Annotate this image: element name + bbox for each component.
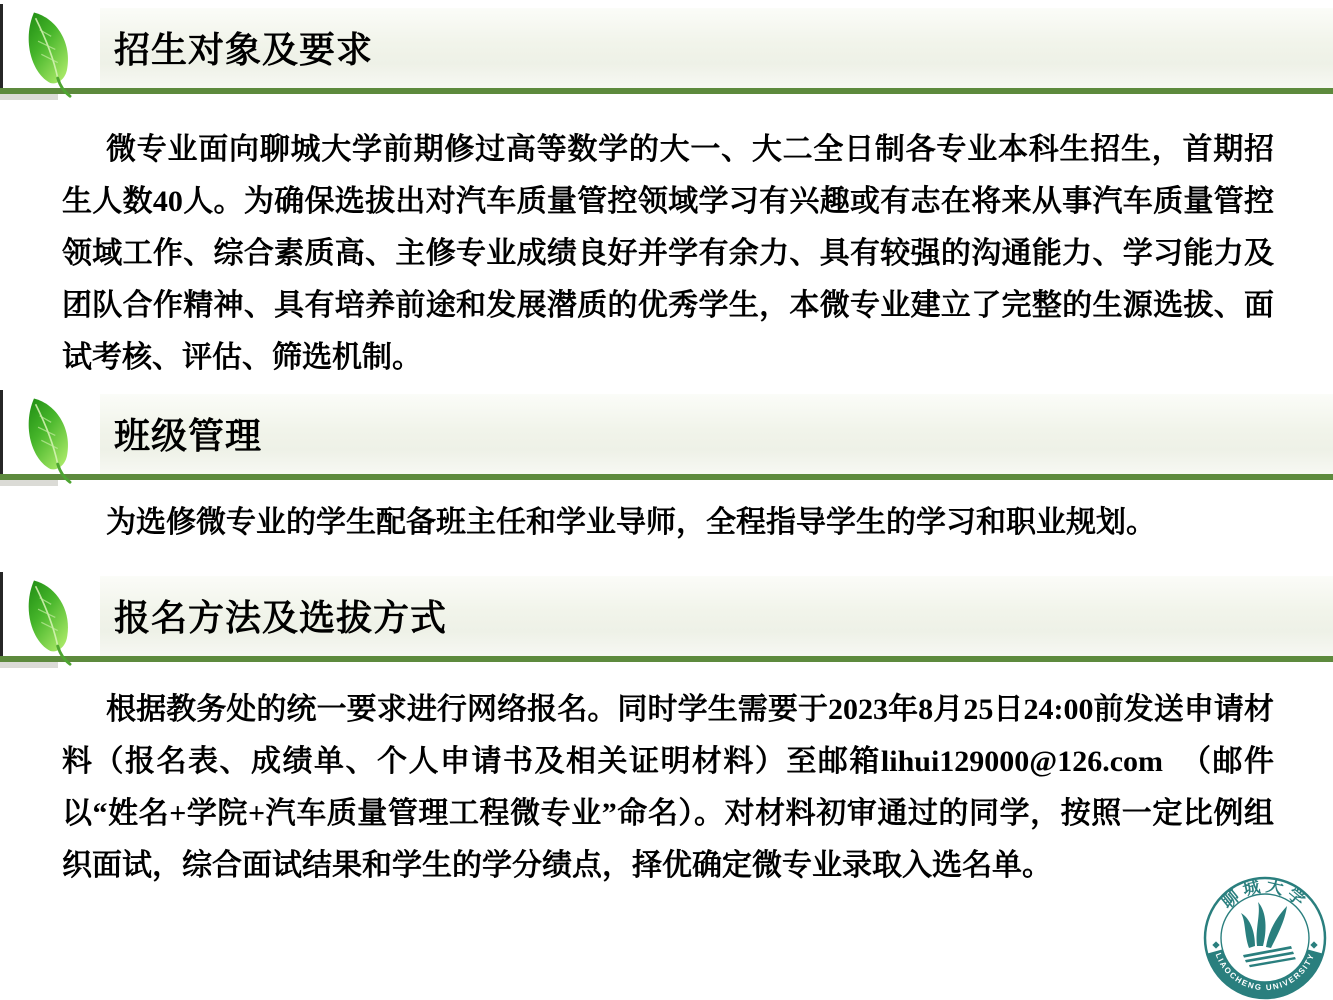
section-divider-line bbox=[0, 656, 1333, 662]
section-title: 班级管理 bbox=[114, 392, 262, 474]
leaf-icon bbox=[0, 4, 100, 88]
section-paragraph: 微专业面向聊城大学前期修过高等数学的大一、大二全日制各专业本科生招生，首期招生人… bbox=[62, 124, 1274, 384]
leaf-icon bbox=[0, 572, 100, 656]
section-divider-line bbox=[0, 88, 1333, 94]
section-header-2: 班级管理 bbox=[0, 392, 1333, 480]
slide: 招生对象及要求 微专业面向聊城大学前期修过高等数学的大一、大二全日制各专业本科生… bbox=[0, 0, 1333, 1000]
section-header-1: 招生对象及要求 bbox=[0, 6, 1333, 94]
section-title: 招生对象及要求 bbox=[114, 6, 373, 88]
header-bar bbox=[97, 394, 1333, 474]
section-paragraph: 根据教务处的统一要求进行网络报名。同时学生需要于2023年8月25日24:00前… bbox=[62, 684, 1274, 892]
leaf-icon bbox=[0, 390, 100, 474]
section-paragraph: 为选修微专业的学生配备班主任和学业导师，全程指导学生的学习和职业规划。 bbox=[62, 497, 1274, 549]
section-header-3: 报名方法及选拔方式 bbox=[0, 574, 1333, 662]
section-title: 报名方法及选拔方式 bbox=[114, 574, 447, 656]
section-divider-line bbox=[0, 474, 1333, 480]
liaocheng-university-logo: 聊城大学 LIAOCHENG UNIVERSITY bbox=[1203, 876, 1327, 1000]
